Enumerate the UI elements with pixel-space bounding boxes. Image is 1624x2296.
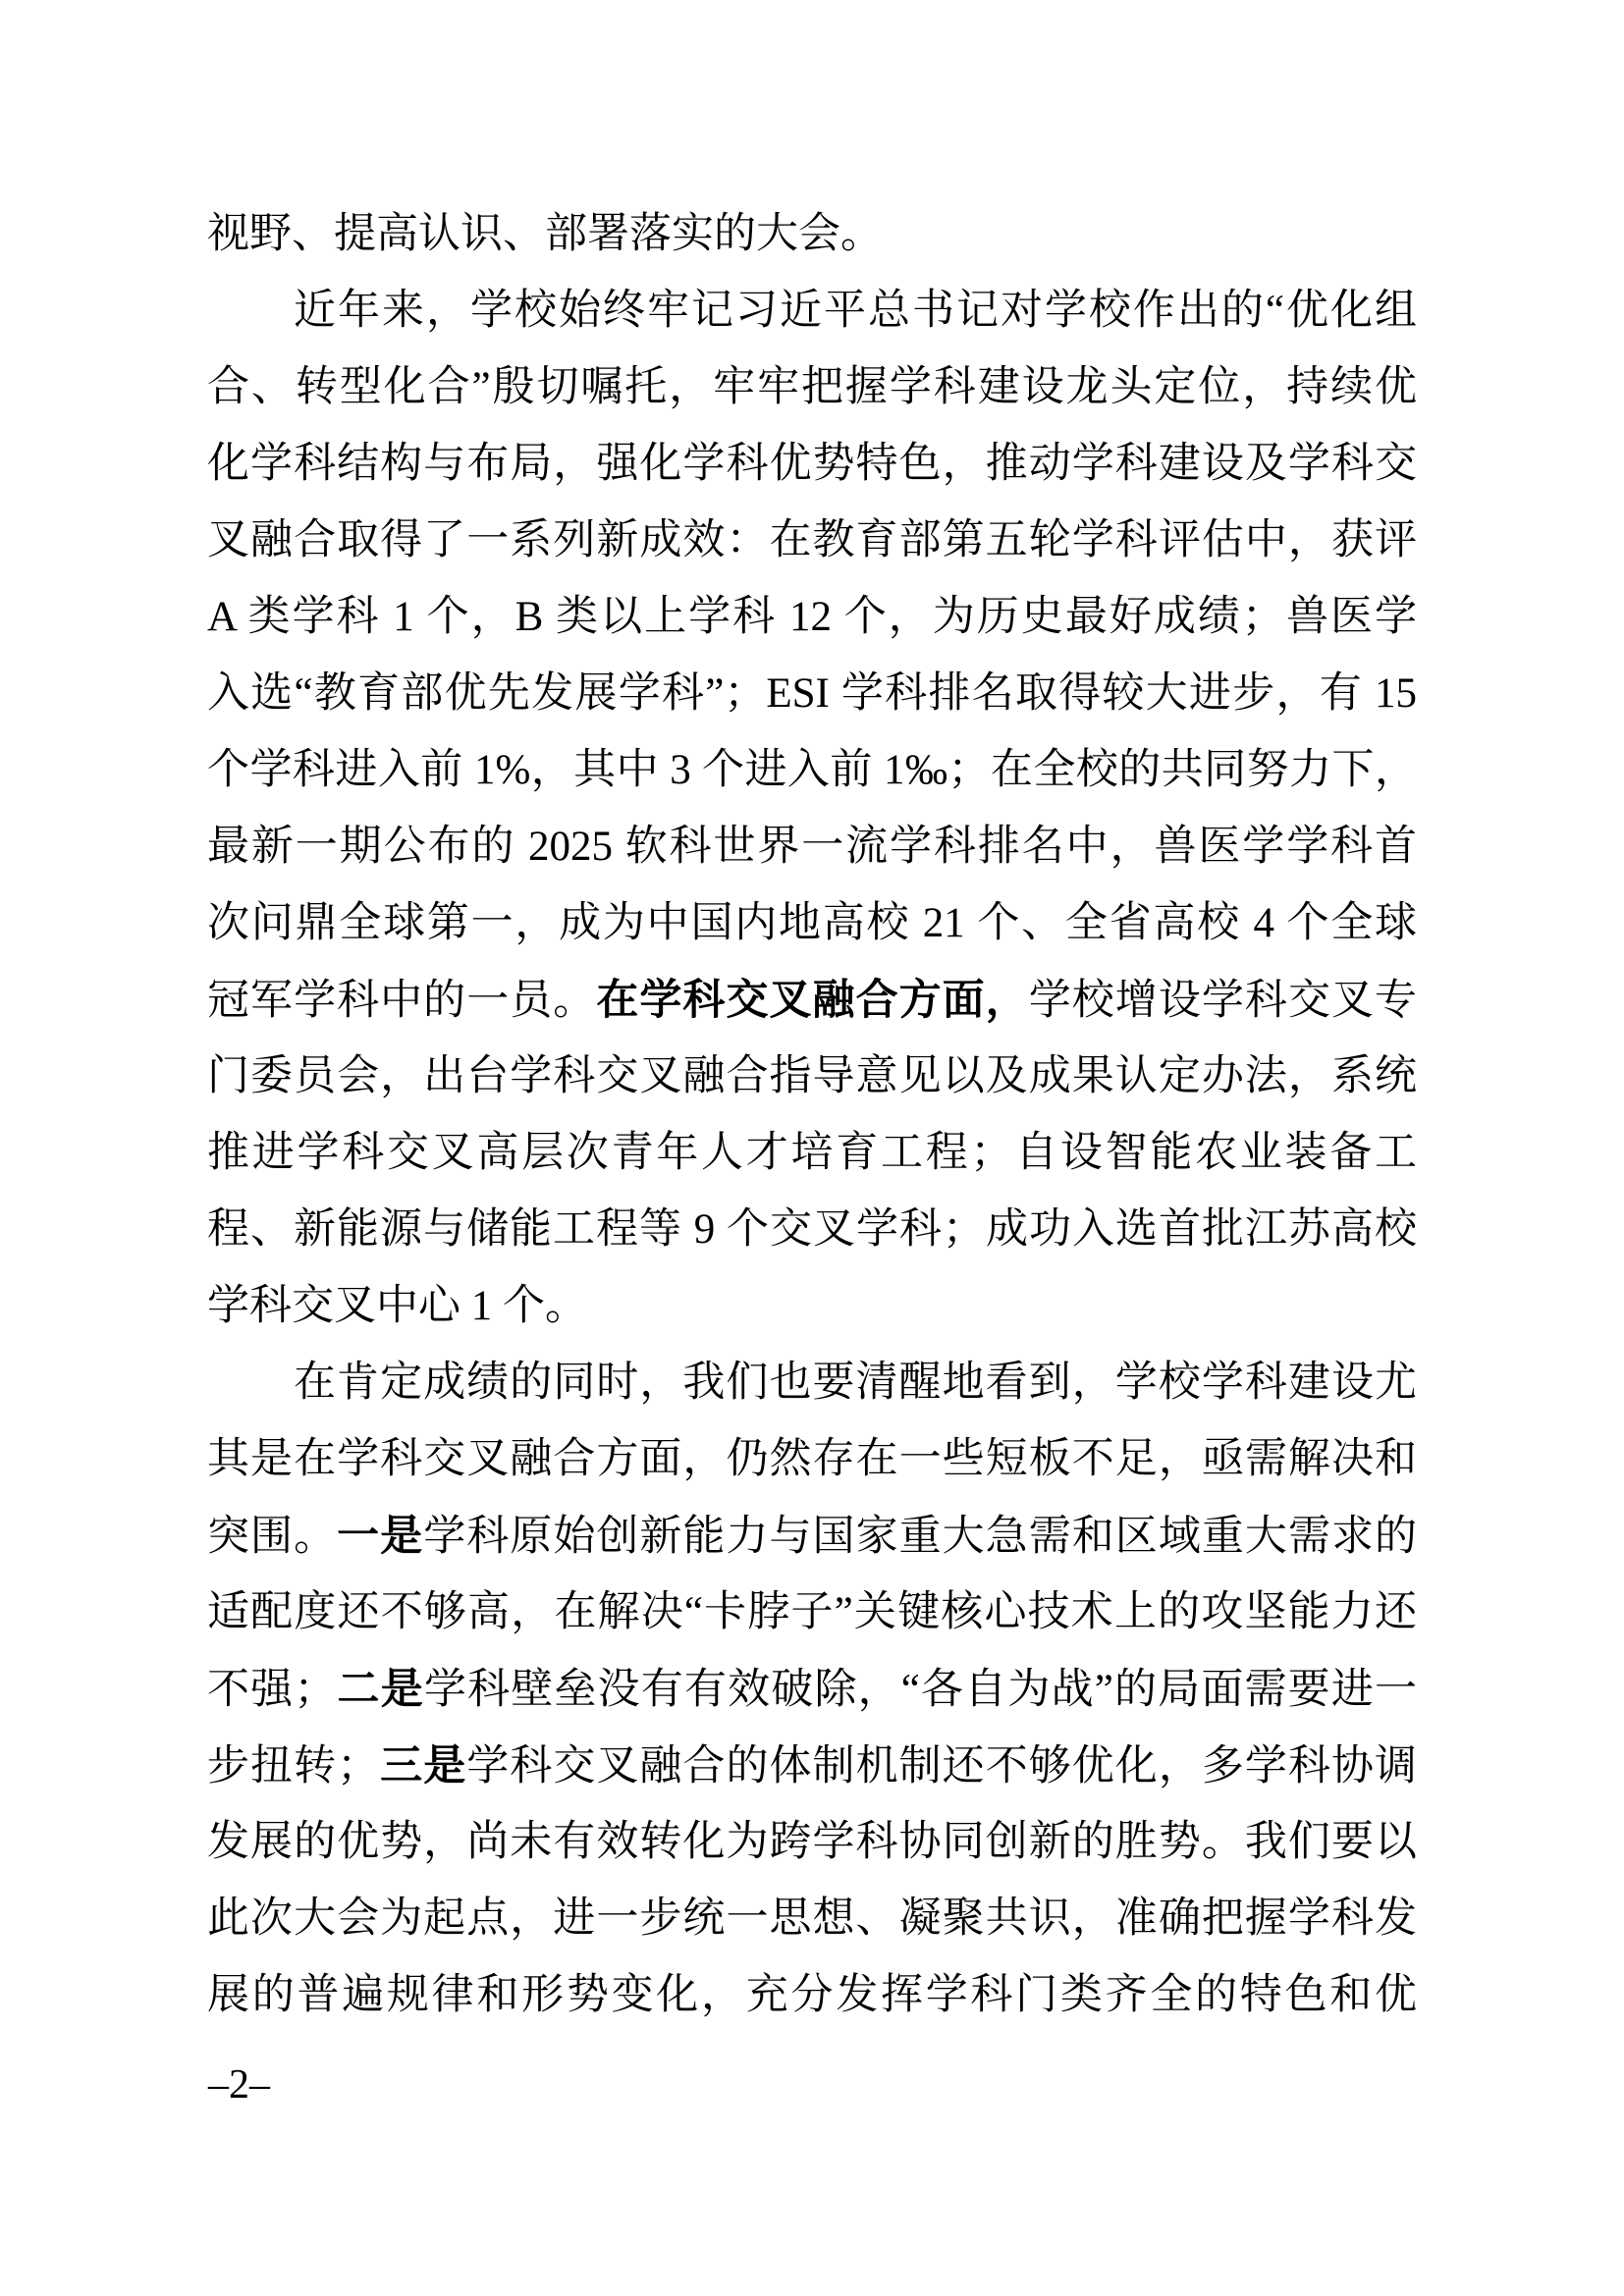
text-line: 冠军学科中的一员。在学科交叉融合方面，学校增设学科交叉专: [207, 962, 1417, 1039]
bold-emphasis: 一是: [337, 1513, 423, 1560]
text-line: 步扭转；三是学科交叉融合的体制机制还不够优化，多学科协调: [207, 1728, 1417, 1804]
text-line: 展的普遍规律和形势变化，充分发挥学科门类齐全的特色和优: [207, 1957, 1417, 2034]
text-run: 发展的优势，尚未有效转化为跨学科协同创新的胜势。我们要以: [207, 1819, 1417, 1865]
text-run: 最新一期公布的 2025 软科世界一流学科排名中，兽医学学科首: [207, 824, 1417, 870]
text-run: 适配度还不够高，在解决“卡脖子”关键核心技术上的攻坚能力还: [207, 1589, 1417, 1635]
text-run: 学科壁垒没有有效破除，“各自为战”的局面需要进一: [424, 1667, 1417, 1713]
text-run: 在肯定成绩的同时，我们也要清醒地看到，学校学科建设尤: [294, 1360, 1417, 1406]
page-number: –2–: [208, 2056, 270, 2114]
text-line: 程、新能源与储能工程等 9 个交叉学科；成功入选首批江苏高校: [207, 1192, 1417, 1268]
text-line: 化学科结构与布局，强化学科优势特色，推动学科建设及学科交: [207, 426, 1417, 503]
text-run: 突围。: [207, 1514, 337, 1560]
text-run: 合、转型化合”殷切嘱托，牢牢把握学科建设龙头定位，持续优: [207, 364, 1417, 410]
bold-emphasis: 二是: [336, 1666, 424, 1713]
text-run: 程、新能源与储能工程等 9 个交叉学科；成功入选首批江苏高校: [207, 1206, 1417, 1253]
text-run: 此次大会为起点，进一步统一思想、凝聚共识，准确把握学科发: [207, 1896, 1417, 1942]
text-run: A 类学科 1 个，B 类以上学科 12 个，为历史最好成绩；兽医学: [207, 594, 1417, 640]
text-line: 入选“教育部优先发展学科”；ESI 学科排名取得较大进步，有 15: [207, 656, 1417, 732]
text-line: 突围。一是学科原始创新能力与国家重大急需和区域重大需求的: [207, 1498, 1417, 1575]
text-run: 其是在学科交叉融合方面，仍然存在一些短板不足，亟需解决和: [207, 1436, 1417, 1482]
text-line: 门委员会，出台学科交叉融合指导意见以及成果认定办法，系统: [207, 1039, 1417, 1115]
text-line: 不强；二是学科壁垒没有有效破除，“各自为战”的局面需要进一: [207, 1651, 1417, 1728]
bold-emphasis: 在学科交叉融合方面，: [596, 977, 1028, 1024]
text-run: 冠军学科中的一员。: [207, 978, 596, 1024]
text-line: 在肯定成绩的同时，我们也要清醒地看到，学校学科建设尤: [207, 1345, 1417, 1421]
text-run: 次问鼎全球第一，成为中国内地高校 21 个、全省高校 4 个全球: [207, 900, 1417, 946]
text-line: 发展的优势，尚未有效转化为跨学科协同创新的胜势。我们要以: [207, 1804, 1417, 1881]
text-line: 合、转型化合”殷切嘱托，牢牢把握学科建设龙头定位，持续优: [207, 349, 1417, 426]
text-line: 最新一期公布的 2025 软科世界一流学科排名中，兽医学学科首: [207, 809, 1417, 885]
text-run: 视野、提高认识、部署落实的大会。: [207, 211, 883, 257]
text-line: 个学科进入前 1%，其中 3 个进入前 1‰；在全校的共同努力下，: [207, 732, 1417, 809]
text-run: 学科交叉融合的体制机制还不够优化，多学科协调: [466, 1743, 1417, 1789]
bold-emphasis: 三是: [379, 1742, 466, 1789]
document-page: 视野、提高认识、部署落实的大会。 近年来，学校始终牢记习近平总书记对学校作出的“…: [0, 0, 1624, 2296]
text-run: 推进学科交叉高层次青年人才培育工程；自设智能农业装备工: [207, 1130, 1417, 1176]
text-line: A 类学科 1 个，B 类以上学科 12 个，为历史最好成绩；兽医学: [207, 579, 1417, 656]
document-body: 视野、提高认识、部署落实的大会。 近年来，学校始终牢记习近平总书记对学校作出的“…: [207, 196, 1417, 2034]
text-line: 近年来，学校始终牢记习近平总书记对学校作出的“优化组: [207, 273, 1417, 349]
text-run: 入选“教育部优先发展学科”；ESI 学科排名取得较大进步，有 15: [207, 670, 1417, 717]
text-line: 次问鼎全球第一，成为中国内地高校 21 个、全省高校 4 个全球: [207, 885, 1417, 962]
text-run: 不强；: [207, 1667, 336, 1713]
text-run: 叉融合取得了一系列新成效：在教育部第五轮学科评估中，获评: [207, 517, 1417, 563]
text-line: 叉融合取得了一系列新成效：在教育部第五轮学科评估中，获评: [207, 503, 1417, 579]
text-run: 学科原始创新能力与国家重大急需和区域重大需求的: [423, 1514, 1417, 1560]
text-line: 其是在学科交叉融合方面，仍然存在一些短板不足，亟需解决和: [207, 1421, 1417, 1498]
text-run: 学校增设学科交叉专: [1029, 978, 1417, 1024]
text-line: 学科交叉中心 1 个。: [207, 1268, 1417, 1345]
text-run: 个学科进入前 1%，其中 3 个进入前 1‰；在全校的共同努力下，: [207, 747, 1417, 793]
text-run: 近年来，学校始终牢记习近平总书记对学校作出的“优化组: [294, 288, 1417, 334]
text-line: 推进学科交叉高层次青年人才培育工程；自设智能农业装备工: [207, 1115, 1417, 1192]
text-run: 门委员会，出台学科交叉融合指导意见以及成果认定办法，系统: [207, 1053, 1417, 1099]
text-run: 化学科结构与布局，强化学科优势特色，推动学科建设及学科交: [207, 441, 1417, 487]
text-line: 视野、提高认识、部署落实的大会。: [207, 196, 1417, 273]
text-run: 学科交叉中心 1 个。: [207, 1283, 587, 1329]
text-line: 适配度还不够高，在解决“卡脖子”关键核心技术上的攻坚能力还: [207, 1575, 1417, 1651]
text-run: 步扭转；: [207, 1743, 379, 1789]
text-line: 此次大会为起点，进一步统一思想、凝聚共识，准确把握学科发: [207, 1881, 1417, 1957]
text-run: 展的普遍规律和形势变化，充分发挥学科门类齐全的特色和优: [207, 1972, 1417, 2018]
